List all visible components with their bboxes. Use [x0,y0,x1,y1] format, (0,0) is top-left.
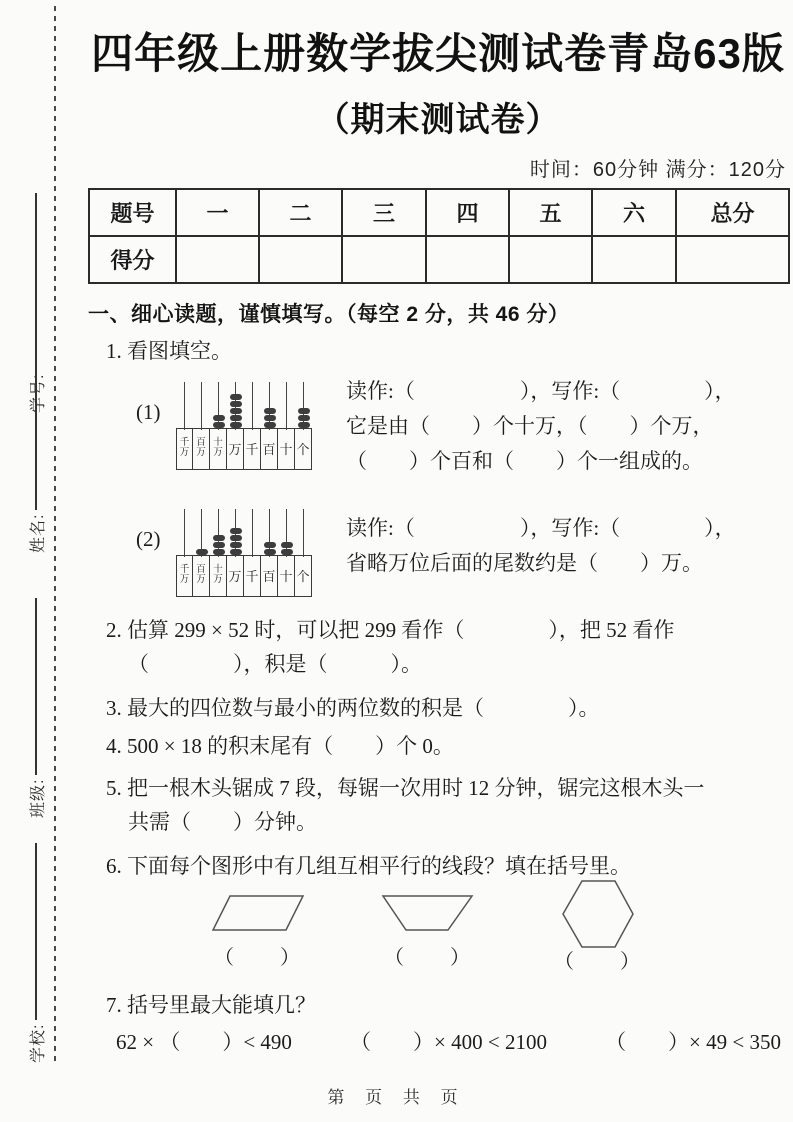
abacus-bead [230,549,242,555]
score-cell [342,236,426,283]
score-cell [259,236,342,283]
question-5-line-1: 5. 把一根木头锯成 7 段，每锯一次用时 12 分钟，锯完这根木头一 [88,771,788,805]
exam-paper-page: 学号: 姓名: 班级: 学校: 四年级上册数学拔尖测试卷青岛63版 （期末测试卷… [0,0,793,1122]
question-2: 2. 估算 299 × 52 时，可以把 299 看作（ ），把 52 看作 （… [88,613,788,681]
abacus-bead [298,422,310,428]
abacus-bead [230,535,242,541]
trapezoid-icon [380,893,476,933]
abacus-place-label: 百 [260,428,278,470]
abacus-column-千万: 千万 [176,382,193,470]
abacus-bead [230,401,242,407]
abacus-bead [298,408,310,414]
abacus-column-十: 十 [278,382,295,470]
score-cell [176,236,259,283]
abacus-bead [264,549,276,555]
shape-group-parallelogram: （ ） [183,893,333,974]
question-1-label: 1. 看图填空。 [88,334,788,368]
abacus-bead [213,415,225,421]
page-subtitle: （期末测试卷） [88,92,788,141]
question-3-line-1: 3. 最大的四位数与最小的两位数的积是（ ）。 [88,691,788,725]
shape-group-trapezoid: （ ） [353,893,503,974]
section-one-heading: 一、细心读题，谨慎填写。（每空 2 分，共 46 分） [88,298,788,328]
abacus-place-label: 千 [243,428,261,470]
item-2-line-1: 读作:（ ），写作:（ ）， [346,511,736,546]
abacus-place-label: 十 [277,555,295,597]
abacus-place-label: 万 [226,428,244,470]
header-cell-1: 一 [176,189,259,236]
question-3: 3. 最大的四位数与最小的两位数的积是（ ）。 [88,691,788,725]
question-1-item-2: (2) 千万百万十万万千百十个 读作:（ ），写作:（ ）， 省略万位后面的尾数… [136,501,788,597]
item-2-number: (2) [136,527,176,552]
score-cell [592,236,676,283]
abacus-place-label: 百 [260,555,278,597]
header-cell-5: 五 [509,189,592,236]
margin-field-name: 姓名: [24,333,48,553]
abacus-column-千: 千 [244,382,261,470]
trapezoid-answer-blank: （ ） [384,941,472,970]
school-label: 学校: [25,1024,48,1063]
score-cell [676,236,789,283]
abacus-bead [298,415,310,421]
abacus-column-百万: 百万 [193,382,210,470]
question-2-line-1: 2. 估算 299 × 52 时，可以把 299 看作（ ），把 52 看作 [88,613,788,647]
parallelogram-icon [210,893,306,933]
question-5: 5. 把一根木头锯成 7 段，每锯一次用时 12 分钟，锯完这根木头一 共需（ … [88,771,788,839]
header-cell-3: 三 [342,189,426,236]
abacus-rod [184,509,185,557]
abacus-column-万: 万 [227,509,244,597]
score-table: 题号 一 二 三 四 五 六 总分 得分 [88,188,790,284]
abacus-place-label: 百万 [192,428,210,470]
abacus-rod [184,382,185,430]
abacus-place-label: 十万 [209,428,227,470]
question-4: 4. 500 × 18 的积末尾有（ ）个 0。 [88,729,788,763]
question-6-line-1: 6. 下面每个图形中有几组互相平行的线段？填在括号里。 [88,849,788,883]
abacus-column-百: 百 [261,509,278,597]
header-cell-total: 总分 [676,189,789,236]
question-6-shapes: （ ） （ ） （ ） [183,893,788,974]
abacus-rod [201,382,202,430]
name-blank-line [35,333,37,510]
abacus-column-千万: 千万 [176,509,193,597]
item-1-number: (1) [136,400,176,425]
abacus-diagram-2: 千万百万十万万千百十个 [176,509,312,597]
question-7: 7. 括号里最大能填几？ 62 × （ ）< 490 （ ）× 400 < 21… [88,988,788,1056]
item-2-line-2: 省略万位后面的尾数约是（ ）万。 [346,546,736,581]
score-cell [426,236,509,283]
abacus-column-百万: 百万 [193,509,210,597]
abacus-bead [264,408,276,414]
hexagon-icon [558,877,638,949]
header-cell-6: 六 [592,189,676,236]
abacus-bead [230,415,242,421]
page-title: 四年级上册数学拔尖测试卷青岛63版 [88,30,788,78]
abacus-bead [230,542,242,548]
abacus-column-个: 个 [295,509,312,597]
score-table-header-row: 题号 一 二 三 四 五 六 总分 [89,189,789,236]
abacus-bead [264,415,276,421]
question-4-line-1: 4. 500 × 18 的积末尾有（ ）个 0。 [88,729,788,763]
equation-2: （ ）× 400 < 2100 [350,1026,547,1056]
abacus-rod [252,382,253,430]
question-7-line-1: 7. 括号里最大能填几？ [88,988,788,1022]
parallelogram-answer-blank: （ ） [214,941,302,970]
page-footer: 第 页 共 页 [0,1083,793,1108]
item-1-text: 读作:（ ），写作:（ ）， 它是由（ ）个十万，（ ）个万， （ ）个百和（ … [346,374,736,479]
abacus-bead [281,549,293,555]
equation-1: 62 × （ ）< 490 [116,1026,292,1056]
abacus-bead [264,422,276,428]
score-table-score-row: 得分 [89,236,789,283]
item-2-text: 读作:（ ），写作:（ ）， 省略万位后面的尾数约是（ ）万。 [346,511,736,581]
abacus-place-label: 百万 [192,555,210,597]
abacus-bead [264,542,276,548]
score-cell [509,236,592,283]
abacus-column-十: 十 [278,509,295,597]
abacus-bead [213,535,225,541]
question-6: 6. 下面每个图形中有几组互相平行的线段？填在括号里。 （ ） （ ） [88,849,788,974]
item-1-line-1: 读作:（ ），写作:（ ）， [346,374,736,409]
abacus-place-label: 千万 [176,555,193,597]
header-cell-4: 四 [426,189,509,236]
abacus-rod [286,382,287,430]
abacus-bead [213,542,225,548]
class-blank-line [35,598,37,775]
margin-field-school: 学校: [24,843,48,1063]
abacus-place-label: 十 [277,428,295,470]
name-label: 姓名: [25,514,48,553]
margin-field-class: 班级: [24,598,48,818]
abacus-bead [230,408,242,414]
item-1-line-2: 它是由（ ）个十万，（ ）个万， [346,409,736,444]
abacus-bead [196,549,208,555]
time-score-info: 时间：60分钟 满分：120分 [88,153,788,182]
abacus-column-万: 万 [227,382,244,470]
binding-dashed-line [54,6,56,1064]
question-2-line-2: （ ），积是（ ）。 [88,647,788,681]
abacus-bead [230,528,242,534]
abacus-bead [230,394,242,400]
abacus-bead [213,422,225,428]
abacus-column-十万: 十万 [210,509,227,597]
abacus-place-label: 千 [243,555,261,597]
class-label: 班级: [25,779,48,818]
abacus-bead [230,422,242,428]
school-blank-line [35,843,37,1020]
shape-group-hexagon: （ ） [523,893,673,974]
question-1-item-1: (1) 千万百万十万万千百十个 读作:（ ），写作:（ ）， 它是由（ ）个十万… [136,374,788,479]
abacus-column-千: 千 [244,509,261,597]
abacus-diagram-1: 千万百万十万万千百十个 [176,382,312,470]
abacus-place-label: 十万 [209,555,227,597]
question-5-line-2: 共需（ ）分钟。 [88,805,788,839]
question-7-equations: 62 × （ ）< 490 （ ）× 400 < 2100 （ ）× 49 < … [116,1026,781,1056]
equation-3: （ ）× 49 < 350 [605,1026,781,1056]
score-row-label: 得分 [89,236,176,283]
hexagon-answer-blank: （ ） [554,945,642,974]
abacus-rod [252,509,253,557]
abacus-rod [303,509,304,557]
abacus-place-label: 万 [226,555,244,597]
abacus-column-个: 个 [295,382,312,470]
header-cell-2: 二 [259,189,342,236]
abacus-place-label: 个 [294,428,312,470]
abacus-column-百: 百 [261,382,278,470]
abacus-place-label: 千万 [176,428,193,470]
header-cell-question-number: 题号 [89,189,176,236]
abacus-bead [213,549,225,555]
abacus-column-十万: 十万 [210,382,227,470]
abacus-place-label: 个 [294,555,312,597]
abacus-bead [281,542,293,548]
item-1-line-3: （ ）个百和（ ）个一组成的。 [346,444,736,479]
